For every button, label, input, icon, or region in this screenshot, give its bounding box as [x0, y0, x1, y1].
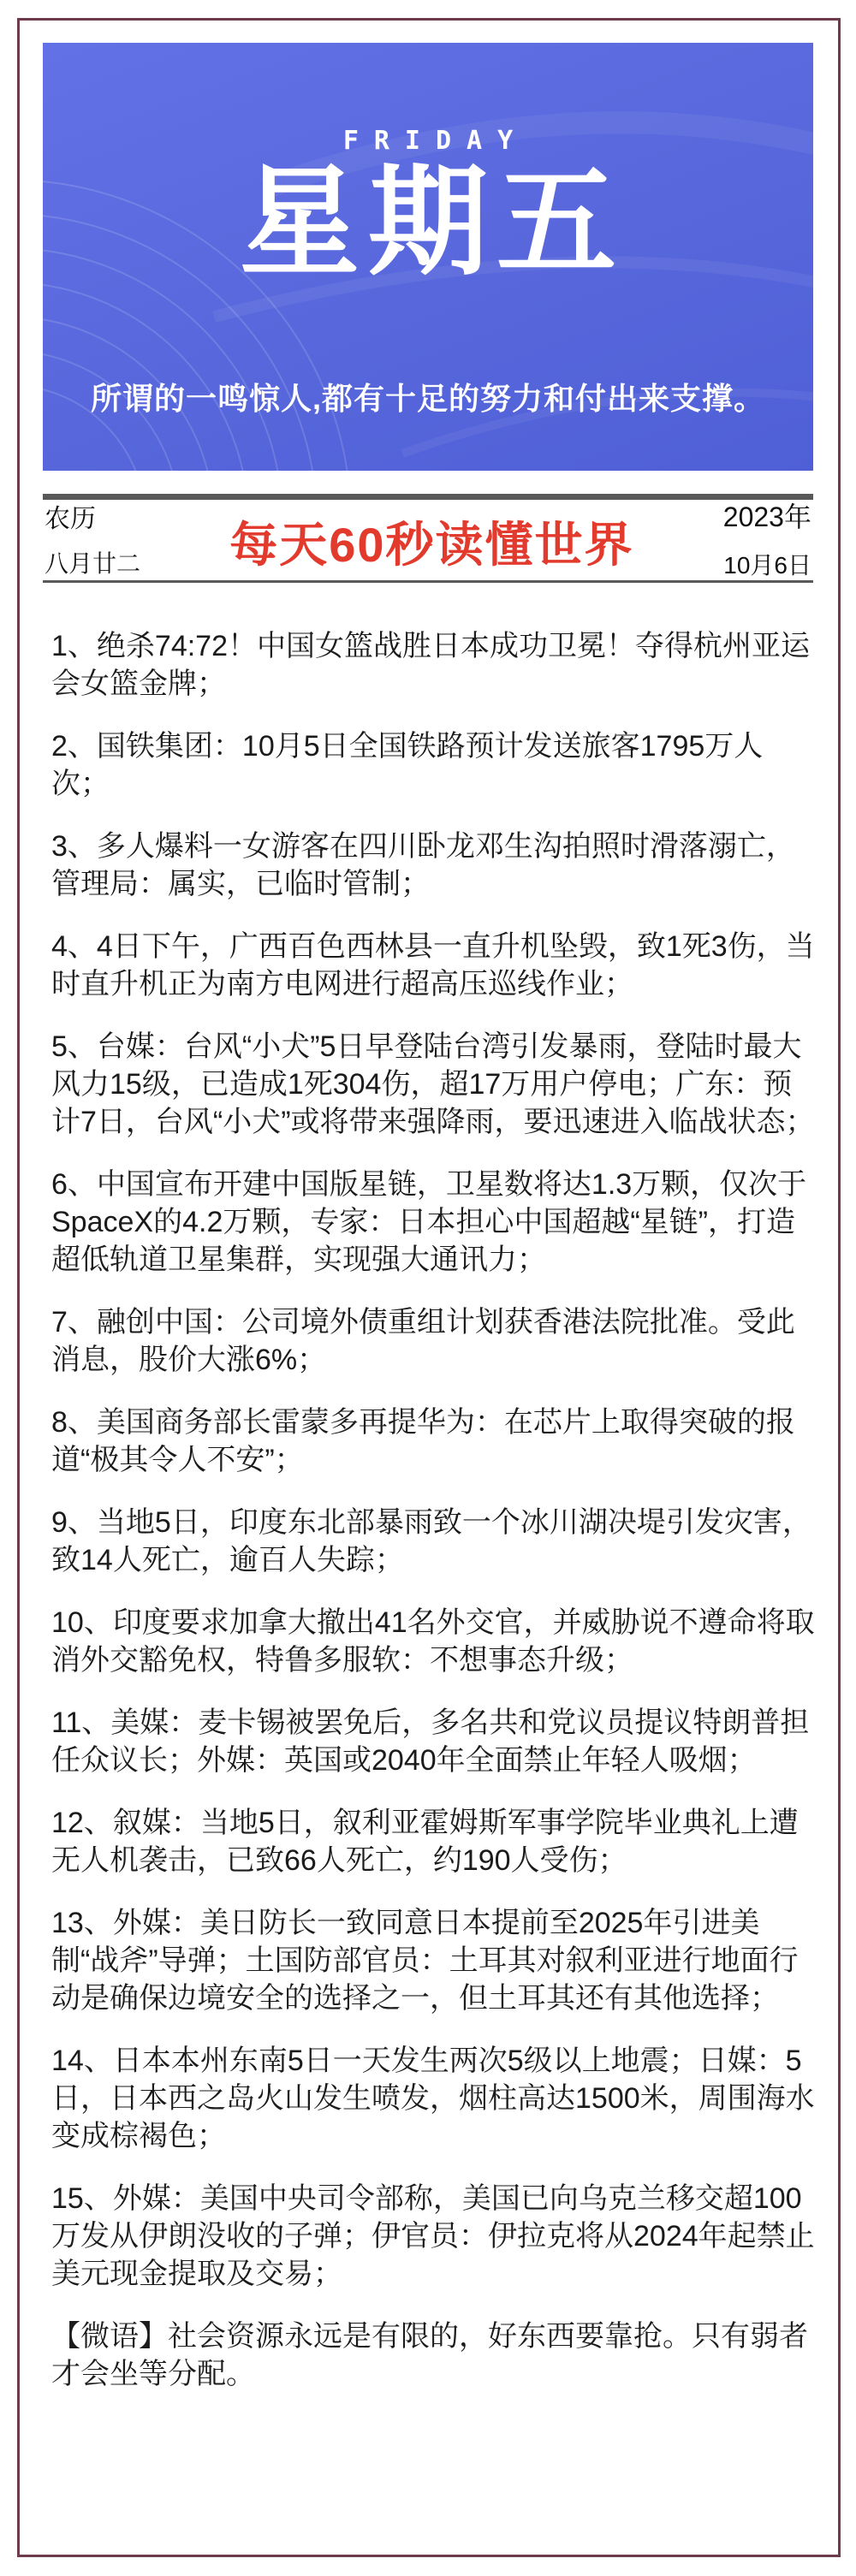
- news-item-14: 14、日本本州东南5日一天发生两次5级以上地震；日媒：5日，日本西之岛火山发生喷…: [51, 2042, 815, 2155]
- year-label: 2023年: [723, 496, 811, 535]
- lunar-column: 农历 八月廿二: [45, 497, 140, 579]
- news-item-2: 2、国铁集团：10月5日全国铁路预计发送旅客1795万人次；: [51, 727, 815, 803]
- news-item-5: 5、台媒：台风“小犬”5日早登陆台湾引发暴雨，登陆时最大风力15级，已造成1死3…: [51, 1028, 815, 1141]
- news-list: 1、绝杀74:72！中国女篮战胜日本成功卫冕！夺得杭州亚运会女篮金牌； 2、国铁…: [51, 627, 815, 2393]
- news-item-10: 10、印度要求加拿大撤出41名外交官，并威胁说不遵命将取消外交豁免权，特鲁多服软…: [51, 1604, 815, 1679]
- lunar-calendar-label: 农历: [45, 497, 140, 535]
- news-item-1: 1、绝杀74:72！中国女篮战胜日本成功卫冕！夺得杭州亚运会女篮金牌；: [51, 627, 815, 703]
- weekday-chinese-title: 星期五: [43, 151, 813, 294]
- banner-quote: 所谓的一鸣惊人,都有十足的努力和付出来支撑。: [43, 375, 813, 418]
- news-item-8: 8、美国商务部长雷蒙多再提华为：在芯片上取得突破的报道“极其令人不安”；: [51, 1404, 815, 1479]
- news-item-6: 6、中国宣布开建中国版星链，卫星数将达1.3万颗，仅次于SpaceX的4.2万颗…: [51, 1166, 815, 1279]
- daily-60s-title: 每天60秒读懂世界: [229, 507, 633, 576]
- footer-quote-label: 【微语】: [51, 2320, 168, 2353]
- news-item-3: 3、多人爆料一女游客在四川卧龙邓生沟拍照时滑落溺亡，管理局：属实，已临时管制；: [51, 828, 815, 903]
- news-item-9: 9、当地5日，印度东北部暴雨致一个冰川湖决堤引发灾害，致14人死亡，逾百人失踪；: [51, 1504, 815, 1579]
- news-item-13: 13、外媒：美日防长一致同意日本提前至2025年引进美制“战斧”导弹；土国防部官…: [51, 1904, 815, 2017]
- footer-quote: 【微语】社会资源永远是有限的，好东西要靠抢。只有弱者才会坐等分配。: [51, 2318, 815, 2393]
- news-item-11: 11、美媒：麦卡锡被罢免后，多名共和党议员提议特朗普担任众议长；外媒：英国或20…: [51, 1704, 815, 1779]
- weekday-banner: FRIDAY 星期五 所谓的一鸣惊人,都有十足的努力和付出来支撑。: [43, 43, 813, 471]
- date-bar: 农历 八月廿二 每天60秒读懂世界 2023年 10月6日: [43, 494, 813, 583]
- news-item-7: 7、融创中国：公司境外债重组计划获香港法院批准。受此消息，股价大涨6%；: [51, 1303, 815, 1379]
- gregorian-date-column: 2023年 10月6日: [723, 496, 811, 581]
- news-item-15: 15、外媒：美国中央司令部称，美国已向乌克兰移交超100万发从伊朗没收的子弹；伊…: [51, 2180, 815, 2293]
- news-item-12: 12、叙媒：当地5日，叙利亚霍姆斯军事学院毕业典礼上遭无人机袭击，已致66人死亡…: [51, 1804, 815, 1879]
- lunar-date: 八月廿二: [45, 545, 140, 579]
- news-item-4: 4、4日下午，广西百色西林县一直升机坠毁，致1死3伤，当时直升机正为南方电网进行…: [51, 928, 815, 1003]
- date-label: 10月6日: [723, 547, 811, 581]
